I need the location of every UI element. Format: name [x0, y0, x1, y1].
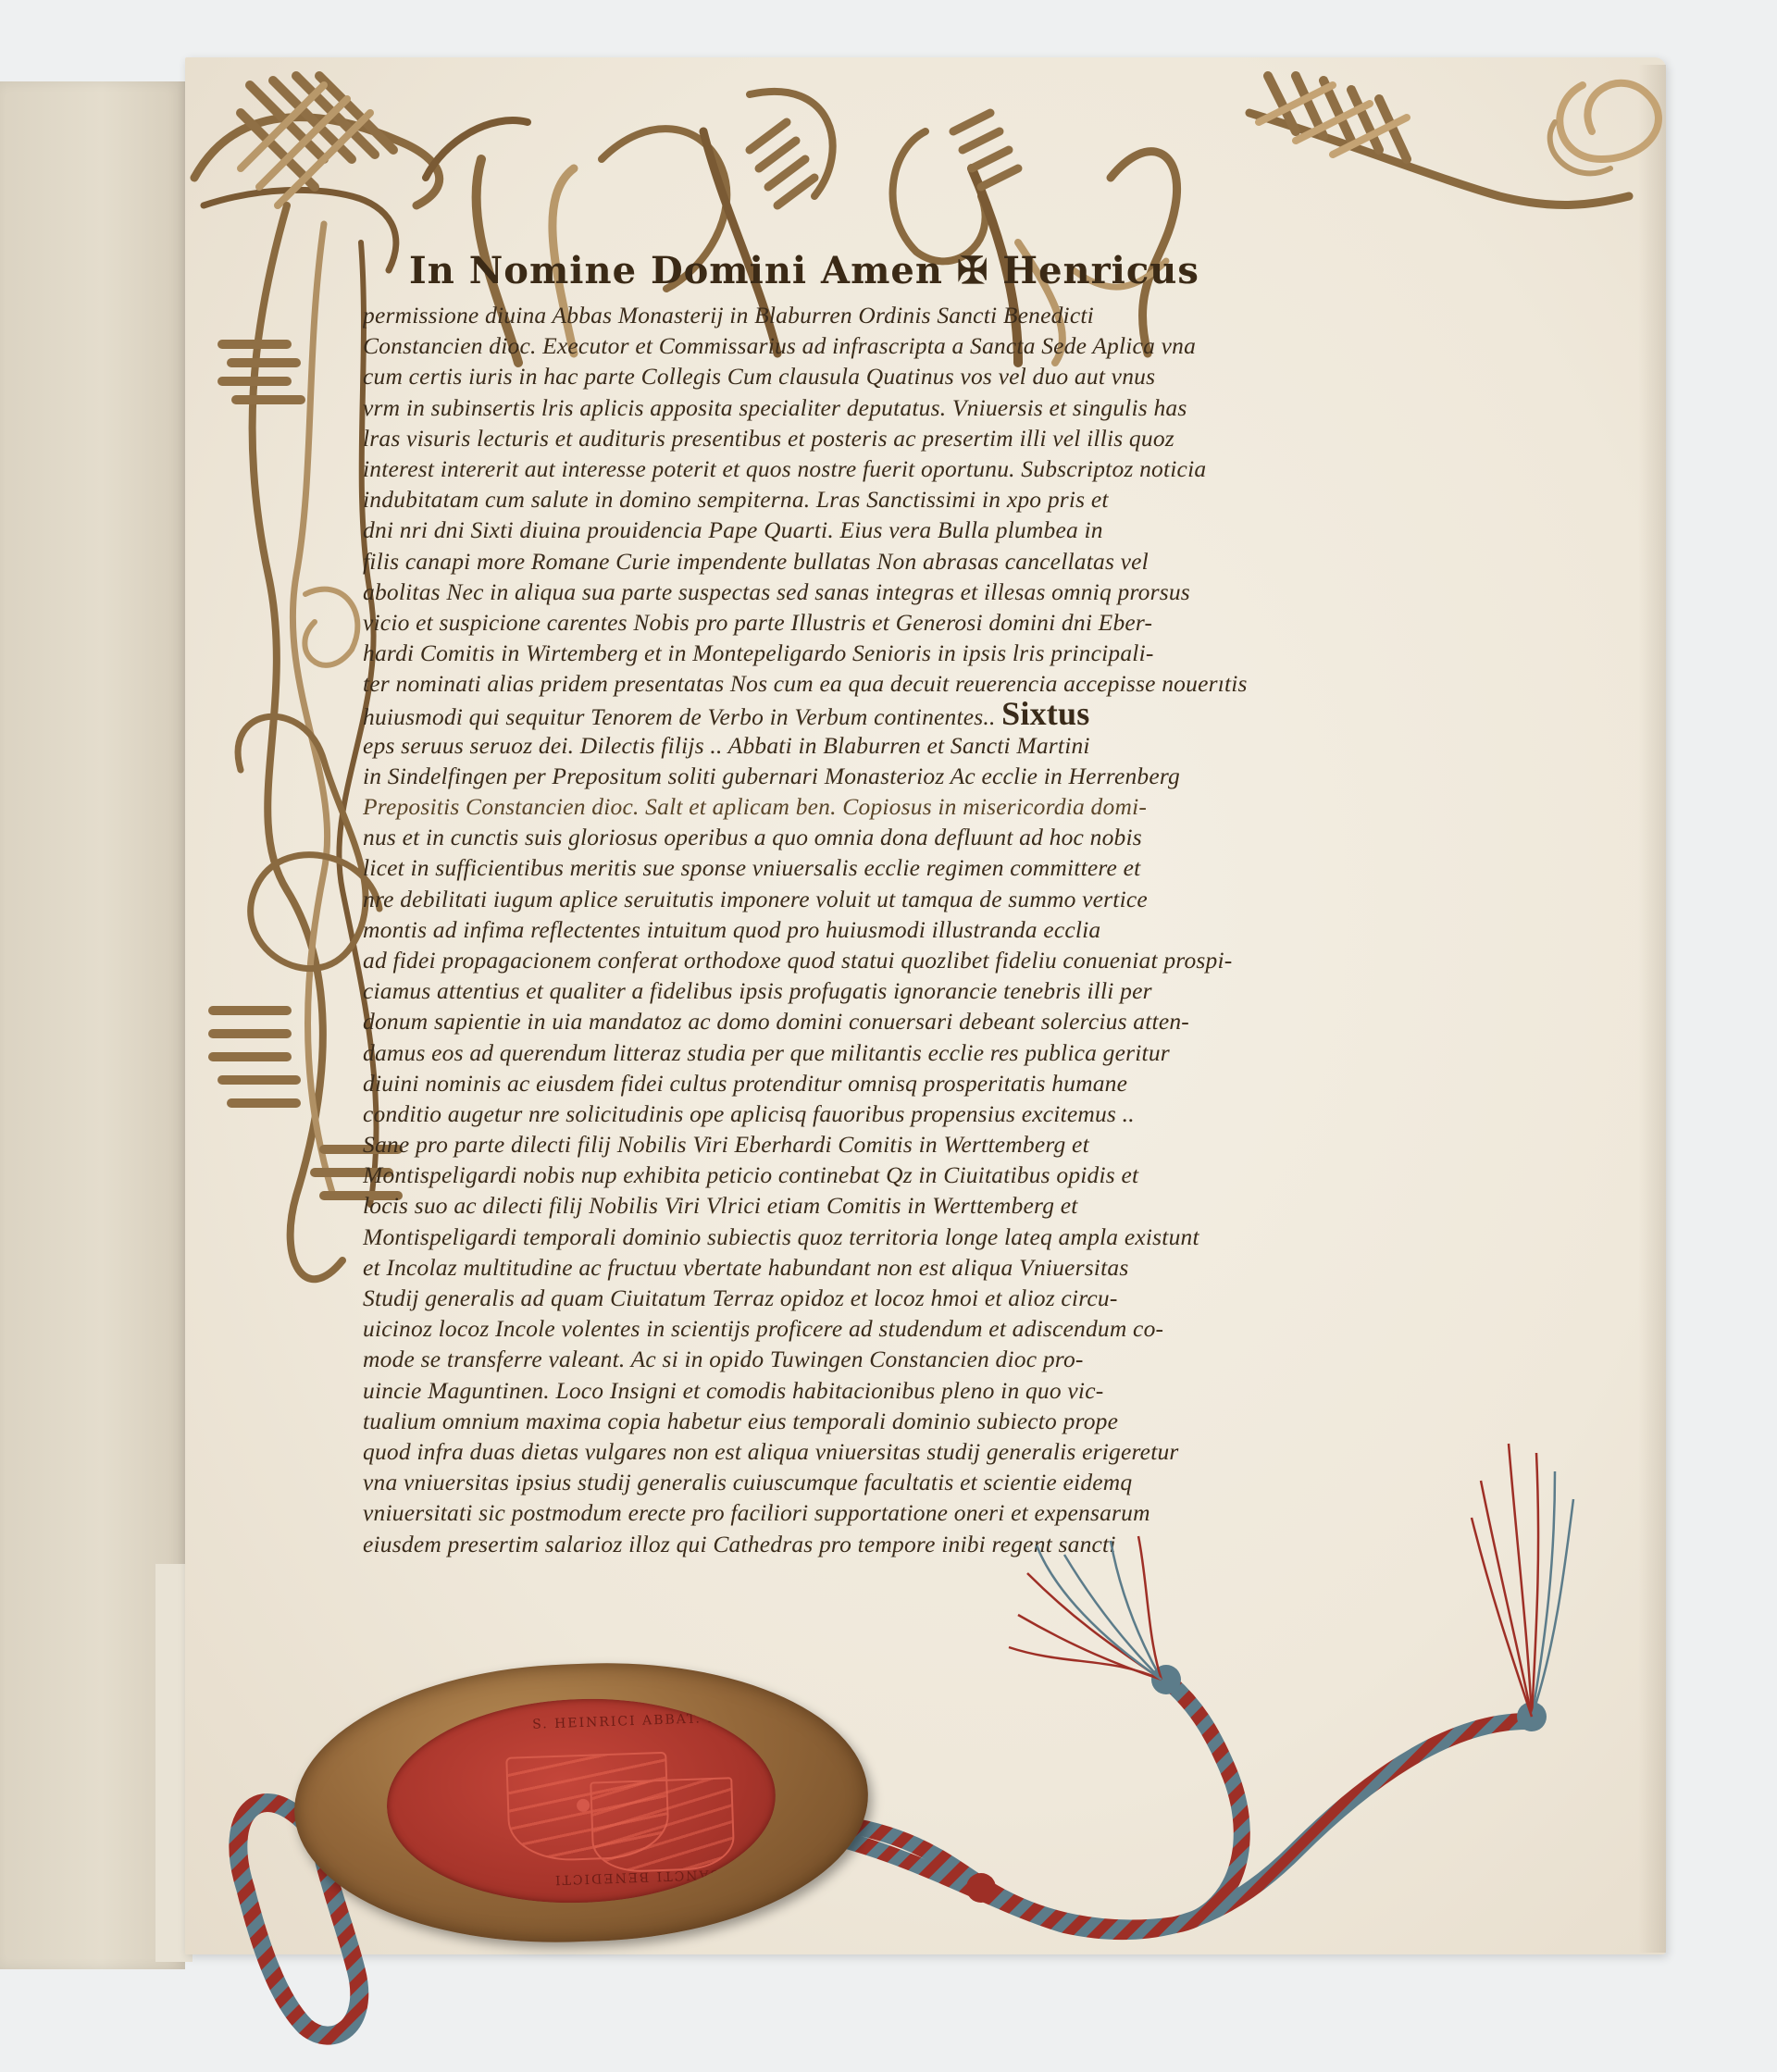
text-line: licet in sufficientibus meritis sue spon… [363, 852, 1483, 883]
text-line: uincie Maguntinen. Loco Insigni et comod… [363, 1375, 1483, 1406]
text-line: diuini nominis ac eiusdem fidei cultus p… [363, 1068, 1483, 1098]
text-line: Constancien dioc. Executor et Commissari… [363, 330, 1483, 361]
charter-text: In Nomine Domini Amen ✠ Henricus permiss… [363, 242, 1483, 1559]
parchment-fold-shadow [1638, 65, 1666, 1953]
text-line: Studij generalis ad quam Ciuitatum Terra… [363, 1283, 1483, 1313]
seal-shield-icon [590, 1777, 735, 1873]
seal-wax-cup: S. HEINRICI ABBAT. MON. BLAB. ORDINIS SA… [290, 1654, 873, 1951]
text-line: vniuersitati sic postmodum erecte pro fa… [363, 1497, 1483, 1528]
text-line: abolitas Nec in aliqua sua parte suspect… [363, 577, 1483, 607]
text-line: eps seruus seruoz dei. Dilectis filijs .… [363, 730, 1483, 761]
text-line: Sane pro parte dilecti filij Nobilis Vir… [363, 1129, 1483, 1160]
text-line: Montispeligardi temporali dominio subiec… [363, 1222, 1483, 1252]
invocation-heading: In Nomine Domini Amen ✠ Henricus [363, 242, 1483, 300]
text-line: nre debilitati iugum aplice seruitutis i… [363, 884, 1483, 914]
text-line: ter nominati alias pridem presentatas No… [363, 668, 1483, 699]
text-line: uicinoz locoz Incole volentes in scienti… [363, 1313, 1483, 1344]
text-line: interest intererit aut interesse poterit… [363, 453, 1483, 484]
text-line: conditio augetur nre solicitudinis ope a… [363, 1098, 1483, 1129]
text-line: montis ad infima reflectentes intuitum q… [363, 914, 1483, 945]
text-line: indubitatam cum salute in domino sempite… [363, 484, 1483, 515]
text-line: lras visuris lecturis et audituris prese… [363, 423, 1483, 453]
text-line: vicio et suspicione carentes Nobis pro p… [363, 607, 1483, 638]
text-line: Prepositis Constancien dioc. Salt et apl… [363, 791, 1483, 822]
text-line: eiusdem presertim salarioz illoz qui Cat… [363, 1529, 1483, 1559]
text-line: huiusmodi qui sequitur Tenorem de Verbo … [363, 703, 996, 729]
text-line: et Incolaz multitudine ac fructuu vberta… [363, 1252, 1483, 1283]
text-line: tualium omnium maxima copia habetur eius… [363, 1406, 1483, 1436]
text-line: permissione diuina Abbas Monasterij in B… [363, 300, 1483, 330]
sixtus-name: Sixtus [1001, 699, 1089, 729]
text-line: damus eos ad querendum litteraz studia p… [363, 1037, 1483, 1068]
text-line: vrm in subinsertis lris aplicis apposita… [363, 392, 1483, 423]
text-line: dni nri dni Sixti diuina prouidencia Pap… [363, 515, 1483, 545]
text-line: locis suo ac dilecti filij Nobilis Viri … [363, 1190, 1483, 1221]
text-line: ad fidei propagacionem conferat orthodox… [363, 945, 1483, 975]
text-line: quod infra duas dietas vulgares non est … [363, 1436, 1483, 1467]
text-line: vna vniuersitas ipsius studij generalis … [363, 1467, 1483, 1497]
text-line: ciamus attentius et qualiter a fidelibus… [363, 975, 1483, 1006]
seal-legend-top: S. HEINRICI ABBAT. MON. BLAB. [495, 1706, 847, 1733]
seal-red-impression: S. HEINRICI ABBAT. MON. BLAB. ORDINIS SA… [383, 1693, 778, 1910]
text-line: hardi Comitis in Wirtemberg et in Montep… [363, 638, 1483, 668]
text-line-sixtus: huiusmodi qui sequitur Tenorem de Verbo … [363, 699, 1483, 729]
text-line: cum certis iuris in hac parte Collegis C… [363, 361, 1483, 391]
text-line: Montispeligardi nobis nup exhibita petic… [363, 1160, 1483, 1190]
wax-seal: S. HEINRICI ABBAT. MON. BLAB. ORDINIS SA… [278, 1656, 879, 1962]
text-line: donum sapientie in uia mandatoz ac domo … [363, 1006, 1483, 1036]
text-line: nus et in cunctis suis gloriosus operibu… [363, 822, 1483, 852]
text-line: mode se transferre valeant. Ac si in opi… [363, 1344, 1483, 1374]
text-line: in Sindelfingen per Prepositum soliti gu… [363, 761, 1483, 791]
text-line: filis canapi more Romane Curie impendent… [363, 546, 1483, 577]
